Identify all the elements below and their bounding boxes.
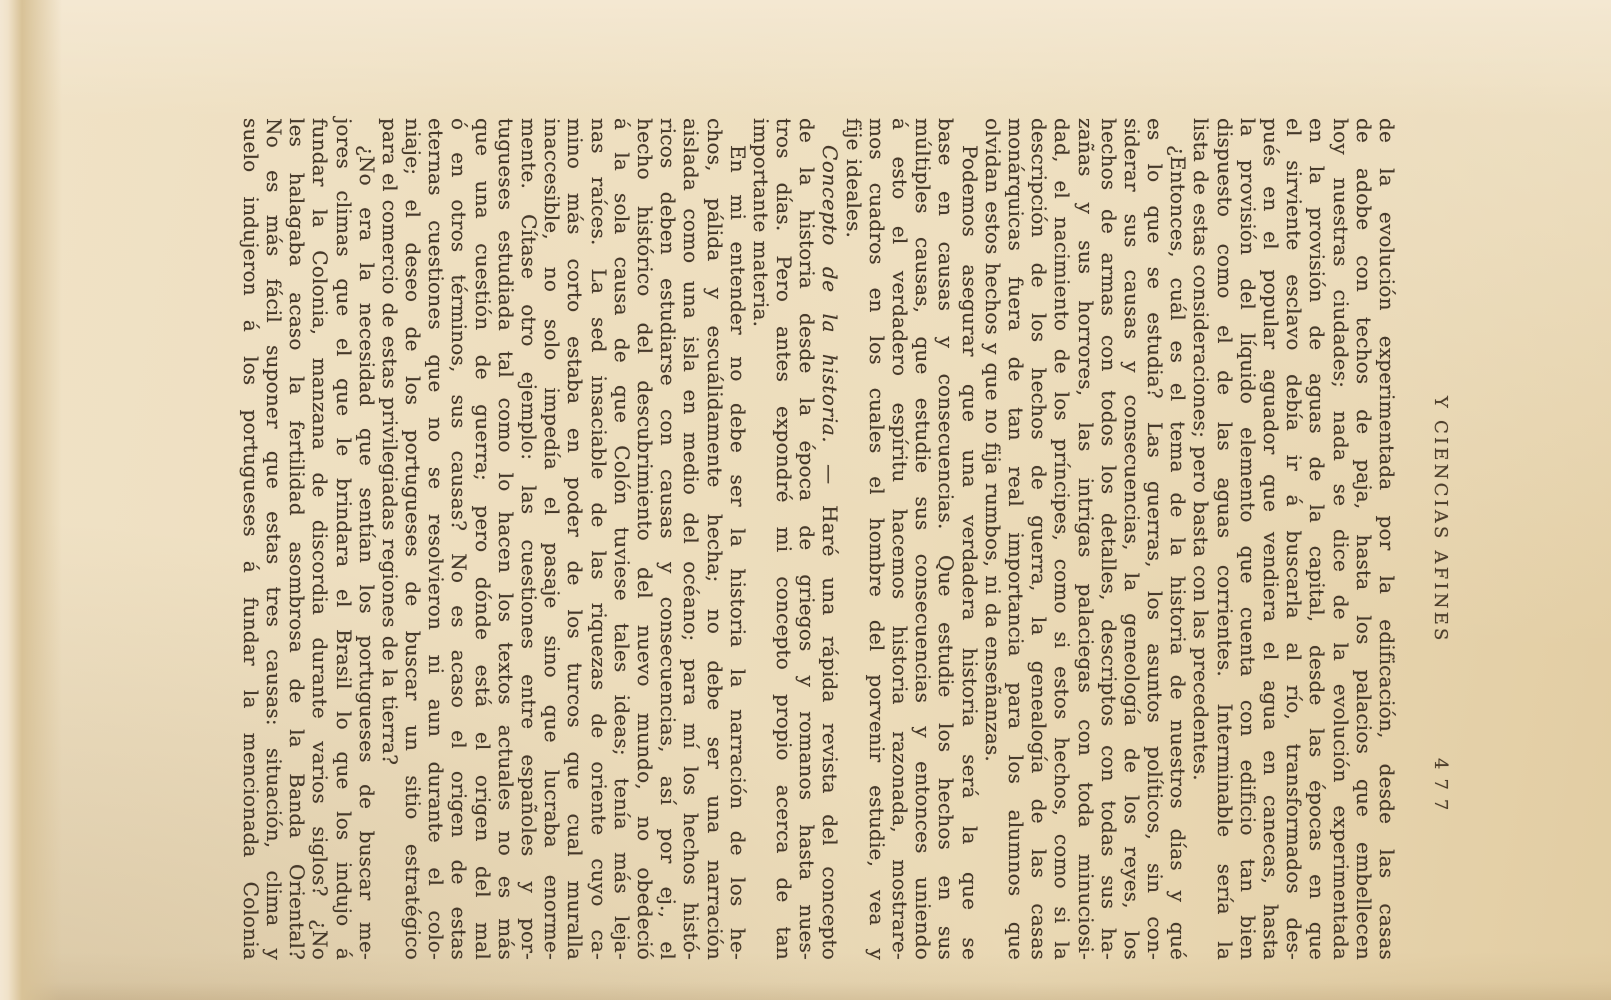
text-line: zañas y sus horrores, las intrigas palac… [1073,118,1096,960]
text-line: en la provisión de aguas de la capital, … [1305,118,1328,960]
text-line: es lo que se estudia? Las guerras, los a… [1143,118,1166,960]
text-line: lista de estas consideraciones; pero bas… [1189,118,1212,960]
page-rotated: Y CIENCIAS AFINES 477 de la evolución ex… [0,0,1611,1000]
text-line: el sirviente esclavo debía ir á buscarla… [1282,118,1305,960]
text-line: importante materia. [749,118,772,960]
text-line: les halagaba acaso la fertilidad asombro… [285,118,308,960]
text-line: dispuesto como el de las aguas corriente… [1213,118,1236,960]
text-line: de adobe con techos de paja, hasta los p… [1352,118,1375,960]
text-line: dad, el nacimiento de los príncipes, com… [1050,118,1073,960]
text-line: suelo indujeron á los portugueses á fund… [239,118,262,960]
text-line: á la sola causa de que Colón tuviese tal… [610,118,633,960]
page-number: 477 [1430,758,1451,819]
text-line: Concepto de la historia. — Haré una rápi… [818,118,841,960]
scanned-page-background: Y CIENCIAS AFINES 477 de la evolución ex… [0,0,1611,1000]
text-line: ¿No era la necesidad que sentían los por… [355,118,378,960]
text-line: base en causas y consecuencias. Que estu… [934,118,957,960]
text-line: hoy nuestras ciudades; nada se dice de l… [1328,118,1351,960]
text-line: tros días. Pero antes expondré mi concep… [772,118,795,960]
text-line: ó en otros términos, sus causas? No es a… [447,118,470,960]
text-line: aislada como una isla en medio del océan… [679,118,702,960]
text-line: hechos de armas con todos los detalles, … [1097,118,1120,960]
paragraph: Podemos asegurar que una verdadera histo… [842,118,981,960]
text-line: monárquicas fuera de tan real importanci… [1004,118,1027,960]
text-line: á esto el verdadero espíritu hacemos his… [888,118,911,960]
text-line: No es más fácil suponer que estas tres c… [262,118,285,960]
text-line: niaje; el deseo de los portugueses de bu… [401,118,424,960]
text-line: múltiples causas, que estudie sus consec… [911,118,934,960]
text-block: de la evolución experimentada por la edi… [239,118,1398,960]
text-line: mos cuadros en los cuales el hombre del … [865,118,888,960]
text-line: fije ideales. [842,118,865,960]
text-line: descripción de los hechos de guerra, la … [1027,118,1050,960]
text-line: ricos deben estudiarse con causas y cons… [656,118,679,960]
paragraph: En mi entender no debe ser la historia l… [378,118,749,960]
text-line: nas raíces. La sed insaciable de las riq… [586,118,609,960]
text-line: tugueses estudiada tal como lo hacen los… [494,118,517,960]
text-line: mino más corto estaba en poder de los tu… [563,118,586,960]
text-line: de la evolución experimentada por la edi… [1375,118,1398,960]
text-line: siderar sus causas y consecuencias, la g… [1120,118,1143,960]
text-line: la provisión del líquido elemento que cu… [1236,118,1259,960]
text-line: mente. Cítase otro ejemplo: las cuestion… [517,118,540,960]
paragraph: de la evolución experimentada por la edi… [1189,118,1398,960]
text-line: ¿Entonces, cuál es el tema de la histori… [1166,118,1189,960]
text-line: pués en el popular aguador que vendiera … [1259,118,1282,960]
paragraph: Concepto de la historia. — Haré una rápi… [749,118,842,960]
text-line: Podemos asegurar que una verdadera histo… [957,118,980,960]
text-line: hecho histórico del descubrimiento del n… [633,118,656,960]
section-heading-italic: Concepto de la historia. — [819,145,843,485]
text-line: chos, pálida y escuálidamente hecha; no … [702,118,725,960]
paragraph: ¿Entonces, cuál es el tema de la histori… [981,118,1190,960]
paragraph: ¿No era la necesidad que sentían los por… [239,118,378,960]
text-line: eternas cuestiones que no se resolvieron… [424,118,447,960]
text-line: jores climas que el que le brindara el B… [331,118,354,960]
text-line: En mi entender no debe ser la historia l… [726,118,749,960]
running-header-title: Y CIENCIAS AFINES [1430,396,1451,644]
text-line: inaccesible, no solo impedía el pasaje s… [540,118,563,960]
text-line: olvidan estos hechos y que no fija rumbo… [981,118,1004,960]
text-line: fundar la Colonia, manzana de discordia … [308,118,331,960]
text-line: de la historia desde la época de griegos… [795,118,818,960]
text-line: para el comercio de estas privilegiadas … [378,118,401,960]
text-line: que una cuestión de guerra; pero dónde e… [471,118,494,960]
